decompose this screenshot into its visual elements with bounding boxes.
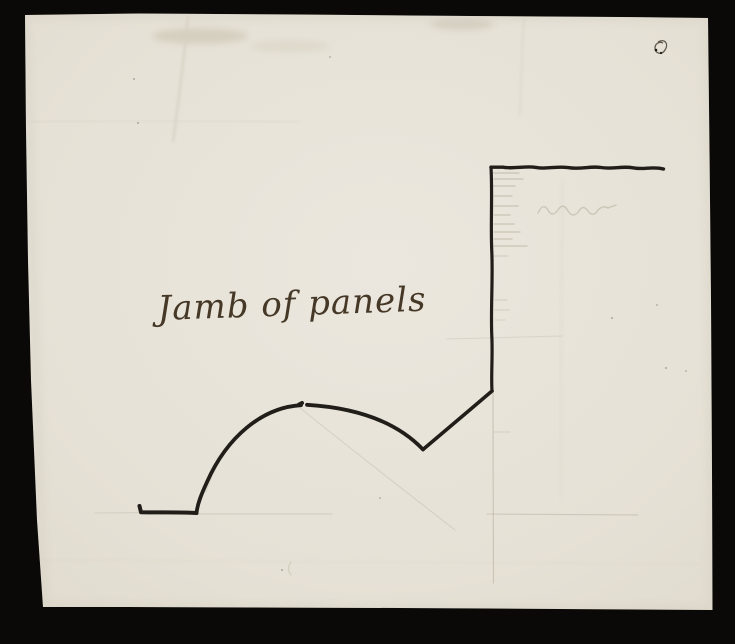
crease-horizontal-left [28,121,300,122]
corner-squiggle-dot [660,52,662,54]
ink-arc-peak-tick [299,403,302,405]
pencil-vertical-guide [493,393,494,583]
ink-top-horizontal [491,167,664,169]
stain-top-left [152,28,248,44]
stain-top-center [250,40,330,52]
ink-vertical [491,167,492,391]
corner-squiggle-dot [655,49,658,52]
photo-canvas: Jamb of panels [0,0,735,644]
scanned-drawing: Jamb of panels [0,0,735,644]
